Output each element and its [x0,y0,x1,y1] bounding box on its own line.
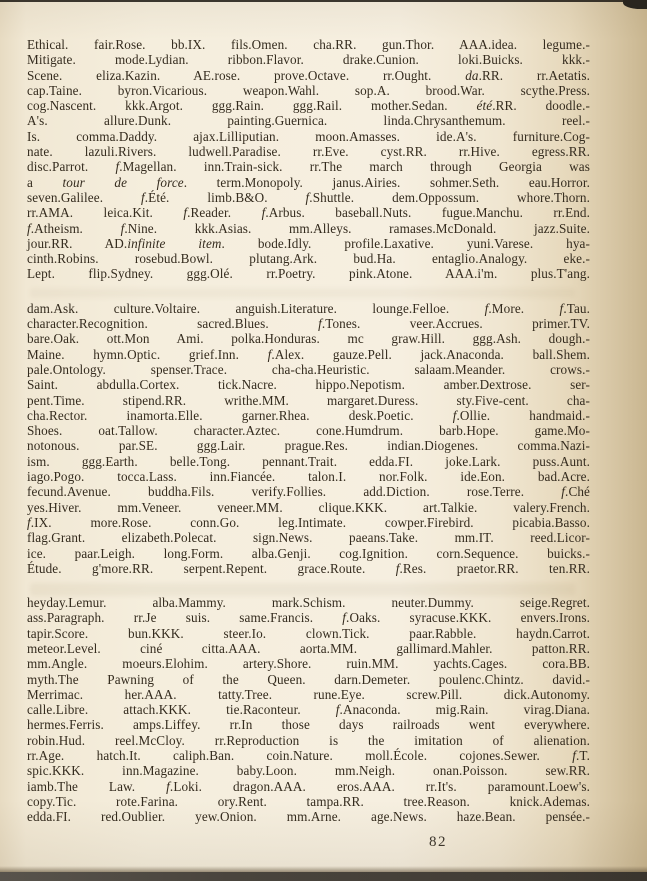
text-line: Étude. g'more.RR. serpent.Repent. grace.… [27,561,590,576]
text-line: calle.Libre. attach.KKK. tie.Raconteur. … [27,702,590,717]
paragraph: dam.Ask. culture.Voltaire. anguish.Liter… [27,301,590,576]
text-line: bare.Oak. ott.Mon Ami. polka.Honduras. m… [27,331,590,346]
text-line: character.Recognition. sacred.Blues. f.T… [27,316,590,331]
text-line: cap.Taine. byron.Vicarious. weapon.Wahl.… [27,83,590,98]
text-line: iamb.The Law. f.Loki. dragon.AAA. eros.A… [27,779,590,794]
text-line: copy.Tic. rote.Farina. ory.Rent. tampa.R… [27,794,590,809]
text-line: cog.Nascent. kkk.Argot. ggg.Rain. ggg.Ra… [27,98,590,113]
text-line: Is. comma.Daddy. ajax.Lilliputian. moon.… [27,129,590,144]
text-line: pent.Time. stipend.RR. writhe.MM. margar… [27,393,590,408]
paragraph: Ethical. fair.Rose. bb.IX. fils.Omen. ch… [27,37,590,282]
text-line: mm.Angle. moeurs.Elohim. artery.Shore. r… [27,656,590,671]
text-line: rr.AMA. leica.Kit. f.Reader. f.Arbus. ba… [27,205,590,220]
text-block: Ethical. fair.Rose. bb.IX. fils.Omen. ch… [27,37,590,844]
text-line: cha.Rector. inamorta.Elle. garner.Rhea. … [27,408,590,423]
text-line: ism. ggg.Earth. belle.Tong. pennant.Trai… [27,454,590,469]
text-line: nate. lazuli.Rivers. ludwell.Paradise. r… [27,144,590,159]
text-line: flag.Grant. elizabeth.Polecat. sign.News… [27,530,590,545]
text-line: notonous. par.SE. ggg.Lair. prague.Res. … [27,438,590,453]
text-line: ice. paar.Leigh. long.Form. alba.Genji. … [27,546,590,561]
desk-edge [0,872,647,881]
text-line: Saint. abdulla.Cortex. tick.Nacre. hippo… [27,377,590,392]
book-page: Ethical. fair.Rose. bb.IX. fils.Omen. ch… [0,0,647,881]
text-line: A's. allure.Dunk. painting.Guernica. lin… [27,113,590,128]
text-line: fecund.Avenue. buddha.Fils. verify.Folli… [27,484,590,499]
text-line: ass.Paragraph. rr.Je suis. same.Francis.… [27,610,590,625]
text-line: Lept. flip.Sydney. ggg.Olé. rr.Poetry. p… [27,266,590,281]
text-line: pale.Ontology. spenser.Trace. cha-cha.He… [27,362,590,377]
text-line: Scene. eliza.Kazin. AE.rose. prove.Octav… [27,68,590,83]
text-line: spic.KKK. inn.Magazine. baby.Loon. mm.Ne… [27,763,590,778]
text-line: f.Atheism. f.Nine. kkk.Asias. mm.Alleys.… [27,221,590,236]
text-line: Ethical. fair.Rose. bb.IX. fils.Omen. ch… [27,37,590,52]
text-line: robin.Hud. reel.McCloy. rr.Reproduction … [27,733,590,748]
text-line: Merrimac. her.AAA. tatty.Tree. rune.Eye.… [27,687,590,702]
text-line: a tour de force. term.Monopoly. janus.Ai… [27,175,590,190]
text-line: Mitigate. mode.Lydian. ribbon.Flavor. dr… [27,52,590,67]
text-line: Shoes. oat.Tallow. character.Aztec. cone… [27,423,590,438]
text-line: disc.Parrot. f.Magellan. inn.Train-sick.… [27,159,590,174]
text-line: tapir.Score. bun.KKK. steer.Io. clown.Ti… [27,626,590,641]
text-line: f.IX. more.Rose. conn.Go. leg.Intimate. … [27,515,590,530]
page-corner-shadow [623,0,647,9]
text-line: hermes.Ferris. amps.Liffey. rr.In those … [27,717,590,732]
text-line: cinth.Robins. rosebud.Bowl. plutang.Ark.… [27,251,590,266]
text-line: yes.Hiver. mm.Veneer. veneer.MM. clique.… [27,500,590,515]
text-line: jour.RR. AD.infinite item. bode.Idly. pr… [27,236,590,251]
text-line: seven.Galilee. f.Été. limb.B&O. f.Shuttl… [27,190,590,205]
text-line: iago.Pogo. tocca.Lass. inn.Fiancée. talo… [27,469,590,484]
text-line: dam.Ask. culture.Voltaire. anguish.Liter… [27,301,590,316]
text-line: meteor.Level. ciné citta.AAA. aorta.MM. … [27,641,590,656]
page-top-edge [0,0,647,2]
text-line: rr.Age. hatch.It. caliph.Ban. coin.Natur… [27,748,590,763]
text-line: edda.FI. red.Oublier. yew.Onion. mm.Arne… [27,809,590,824]
text-line: heyday.Lemur. alba.Mammy. mark.Schism. n… [27,595,590,610]
paragraph: heyday.Lemur. alba.Mammy. mark.Schism. n… [27,595,590,824]
text-line: myth.The Pawning of the Queen. darn.Deme… [27,672,590,687]
page-number: 82 [429,832,447,852]
text-line: Maine. hymn.Optic. grief.Inn. f.Alex. ga… [27,347,590,362]
